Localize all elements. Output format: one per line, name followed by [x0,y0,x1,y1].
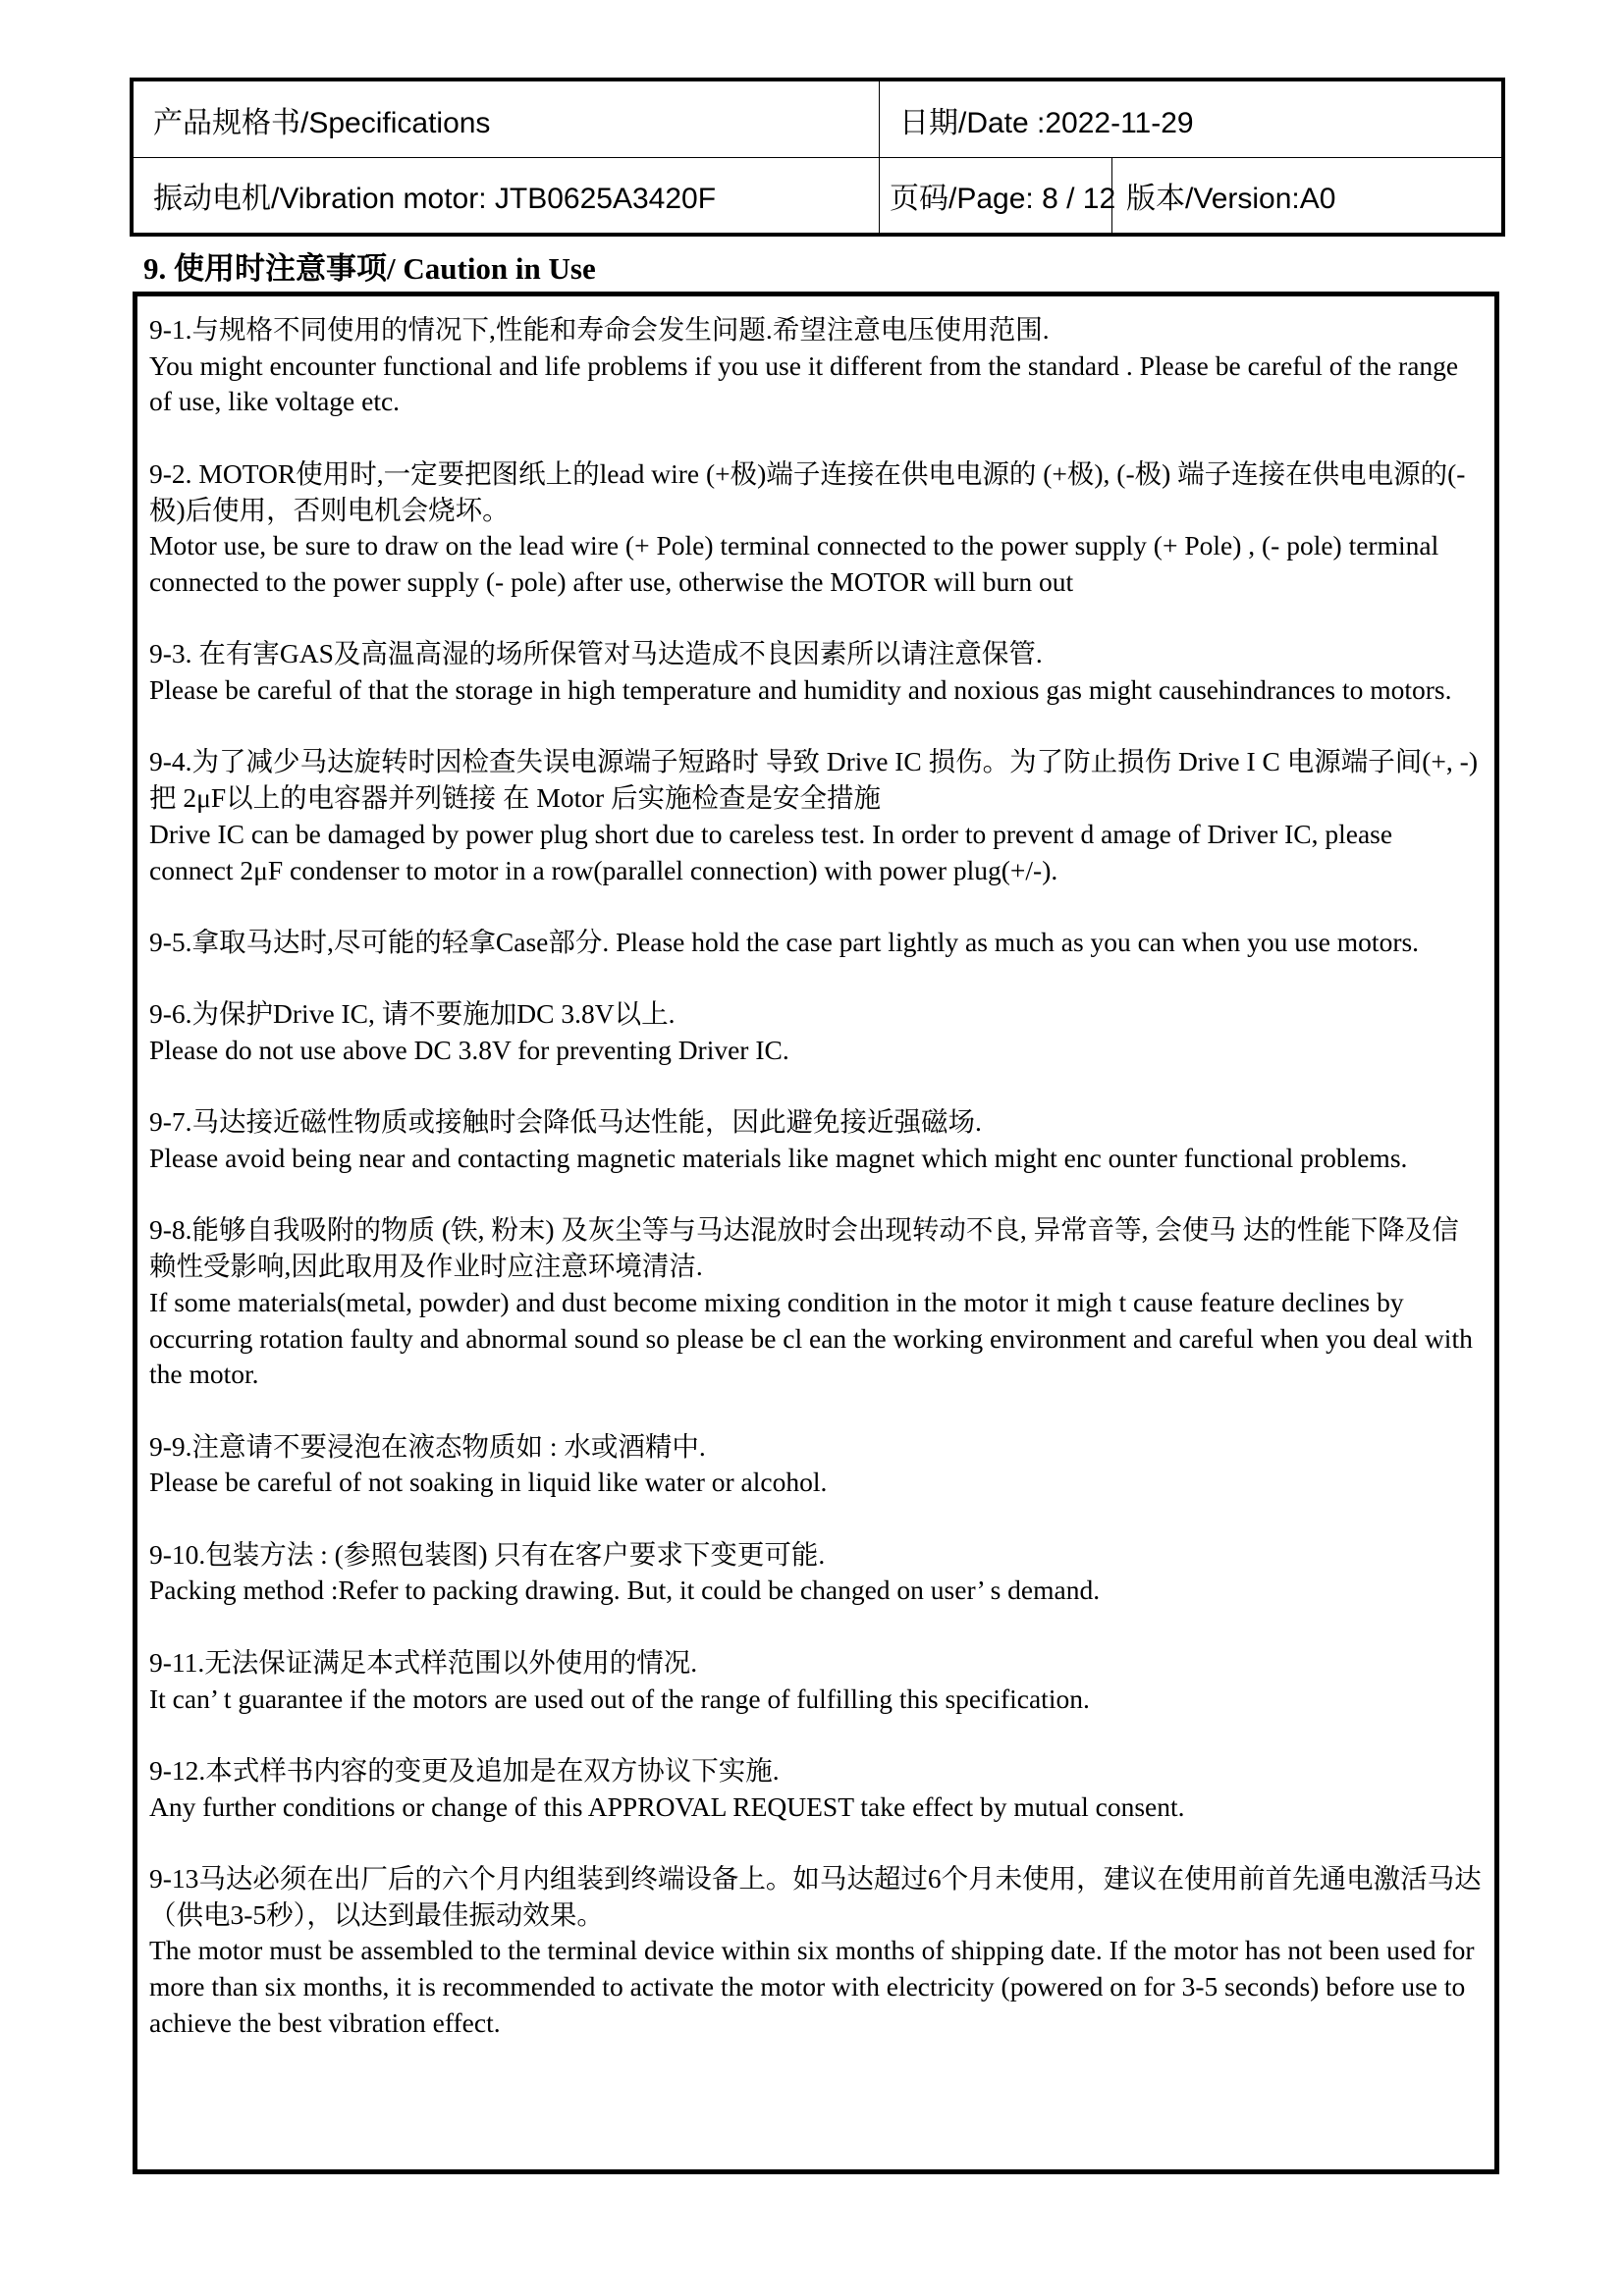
caution-text-cn: 9-7.马达接近磁性物质或接触时会降低马达性能，因此避免接近强磁场. [149,1104,1483,1141]
caution-text-cn: 9-10.包装方法 : (参照包装图) 只有在客户要求下变更可能. [149,1537,1483,1574]
caution-text-en: If some materials(metal, powder) and dus… [149,1285,1483,1393]
caution-item-9-11: 9-11.无法保证满足本式样范围以外使用的情况. It can’ t guara… [149,1645,1483,1717]
section-title: 9. 使用时注意事项/ Caution in Use [143,243,596,288]
caution-text-en: Please do not use above DC 3.8V for prev… [149,1033,1483,1069]
caution-item-9-2: 9-2. MOTOR使用时,一定要把图纸上的lead wire (+极)端子连接… [149,456,1483,601]
product-cell: 振动电机/Vibration motor: JTB0625A3420F [134,158,879,233]
header-table: 产品规格书/Specifications 日期/Date :2022-11-29… [130,78,1505,237]
caution-text-cn: 9-3. 在有害GAS及高温高湿的场所保管对马达造成不良因素所以请注意保管. [149,636,1483,672]
caution-text-en: Motor use, be sure to draw on the lead w… [149,528,1483,600]
caution-text-en: Packing method :Refer to packing drawing… [149,1573,1483,1609]
caution-text-cn: 9-8.能够自我吸附的物质 (铁, 粉末) 及灰尘等与马达混放时会出现转动不良,… [149,1212,1483,1284]
caution-item-9-5: 9-5.拿取马达时,尽可能的轻拿Case部分. Please hold the … [149,925,1483,961]
caution-text-en: Drive IC can be damaged by power plug sh… [149,817,1483,888]
caution-text-en: Any further conditions or change of this… [149,1789,1483,1826]
caution-text-en: The motor must be assembled to the termi… [149,1933,1483,2041]
caution-text-cn: 9-2. MOTOR使用时,一定要把图纸上的lead wire (+极)端子连接… [149,456,1483,528]
spec-title-cell: 产品规格书/Specifications [134,81,879,157]
caution-item-9-7: 9-7.马达接近磁性物质或接触时会降低马达性能，因此避免接近强磁场. Pleas… [149,1104,1483,1176]
date-cell: 日期/Date :2022-11-29 [880,81,1501,157]
caution-text-en: It can’ t guarantee if the motors are us… [149,1682,1483,1718]
caution-item-9-12: 9-12.本式样书内容的变更及追加是在双方协议下实施. Any further … [149,1753,1483,1825]
caution-item-9-8: 9-8.能够自我吸附的物质 (铁, 粉末) 及灰尘等与马达混放时会出现转动不良,… [149,1212,1483,1393]
page-cell: 页码/Page: 8 / 12 [880,158,1111,233]
caution-list: 9-1.与规格不同使用的情况下,性能和寿命会发生问题.希望注意电压使用范围. Y… [133,292,1499,2174]
caution-text-cn: 9-13马达必须在出厂后的六个月内组装到终端设备上。如马达超过6个月未使用，建议… [149,1861,1483,1933]
caution-text-cn: 9-12.本式样书内容的变更及追加是在双方协议下实施. [149,1753,1483,1789]
caution-text: 9-5.拿取马达时,尽可能的轻拿Case部分. Please hold the … [149,925,1483,961]
caution-text-en: Please be careful of that the storage in… [149,672,1483,709]
caution-item-9-1: 9-1.与规格不同使用的情况下,性能和寿命会发生问题.希望注意电压使用范围. Y… [149,312,1483,420]
version-cell: 版本/Version:A0 [1112,158,1501,233]
caution-text-cn: 9-6.为保护Drive IC, 请不要施加DC 3.8V以上. [149,996,1483,1033]
caution-item-9-3: 9-3. 在有害GAS及高温高湿的场所保管对马达造成不良因素所以请注意保管. P… [149,636,1483,708]
caution-text-en: Please avoid being near and contacting m… [149,1141,1483,1177]
caution-item-9-9: 9-9.注意请不要浸泡在液态物质如 : 水或酒精中. Please be car… [149,1429,1483,1501]
caution-item-9-10: 9-10.包装方法 : (参照包装图) 只有在客户要求下变更可能. Packin… [149,1537,1483,1609]
caution-item-9-6: 9-6.为保护Drive IC, 请不要施加DC 3.8V以上. Please … [149,996,1483,1068]
caution-text-en: You might encounter functional and life … [149,348,1483,420]
caution-text-cn: 9-9.注意请不要浸泡在液态物质如 : 水或酒精中. [149,1429,1483,1466]
caution-text-cn: 9-11.无法保证满足本式样范围以外使用的情况. [149,1645,1483,1682]
caution-text-en: Please be careful of not soaking in liqu… [149,1465,1483,1501]
caution-item-9-13: 9-13马达必须在出厂后的六个月内组装到终端设备上。如马达超过6个月未使用，建议… [149,1861,1483,2042]
caution-item-9-4: 9-4.为了减少马达旋转时因检查失误电源端子短路时 导致 Drive IC 损伤… [149,744,1483,888]
caution-text-cn: 9-4.为了减少马达旋转时因检查失误电源端子短路时 导致 Drive IC 损伤… [149,744,1483,816]
caution-text-cn: 9-1.与规格不同使用的情况下,性能和寿命会发生问题.希望注意电压使用范围. [149,312,1483,348]
